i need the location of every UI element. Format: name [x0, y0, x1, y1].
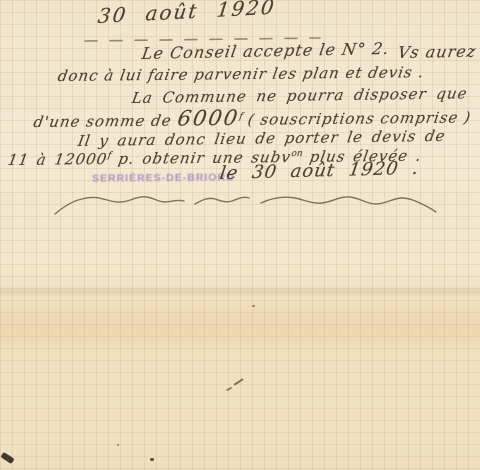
ink-speck	[252, 305, 255, 307]
wavy-flourish-left	[55, 197, 184, 214]
wavy-flourish-right	[261, 197, 436, 212]
ink-speck	[150, 458, 154, 461]
commune-stamp: SERRIÈRES-DE-BRIORD	[92, 171, 235, 184]
wavy-flourish-middle	[195, 197, 249, 204]
line4-parenthetical: ( souscriptions comprise )	[241, 108, 473, 128]
ink-speck	[117, 444, 119, 446]
scanned-handwritten-page: 30 août 1920 Le Conseil accepte le N° 2.…	[0, 0, 480, 470]
line6-amount-range: 11 à 12000	[7, 150, 109, 169]
amount-6000: 6000	[176, 106, 241, 131]
line4-text: d'une somme de	[32, 111, 179, 131]
handwriting-line-1b: Vs aurez	[396, 42, 477, 62]
